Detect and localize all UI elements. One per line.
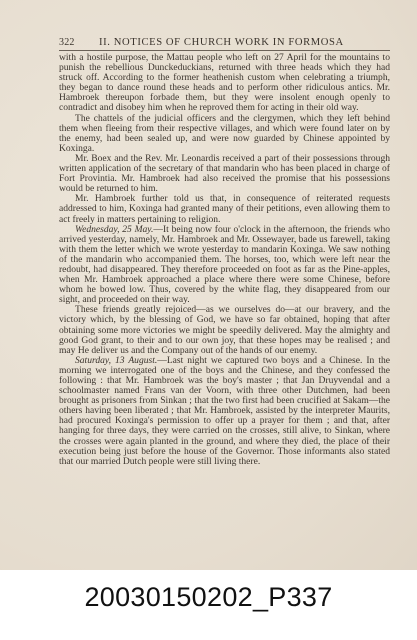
paragraph-dated-entry: Saturday, 13 August.—Last night we captu…: [59, 356, 390, 467]
paragraph: with a hostile purpose, the Mattau peopl…: [59, 53, 390, 114]
image-id-caption: 20030150202_P337: [0, 582, 417, 613]
page-content: 322 II. NOTICES OF CHURCH WORK IN FORMOS…: [59, 37, 390, 467]
paragraph: These friends greatly rejoiced—as we our…: [59, 305, 390, 355]
running-header: 322 II. NOTICES OF CHURCH WORK IN FORMOS…: [59, 37, 390, 51]
body-text: with a hostile purpose, the Mattau peopl…: [59, 53, 390, 467]
scanned-page: 322 II. NOTICES OF CHURCH WORK IN FORMOS…: [0, 0, 417, 570]
page-number: 322: [59, 37, 99, 48]
paragraph: Mr. Boex and the Rev. Mr. Leonardis rece…: [59, 154, 390, 194]
paragraph: The chattels of the judicial officers an…: [59, 114, 390, 154]
paragraph: Mr. Hambroek further told us that, in co…: [59, 194, 390, 224]
running-title: II. NOTICES OF CHURCH WORK IN FORMOSA: [99, 37, 344, 48]
paragraph-dated-entry: Wednesday, 25 May.—It being now four o'c…: [59, 225, 390, 306]
